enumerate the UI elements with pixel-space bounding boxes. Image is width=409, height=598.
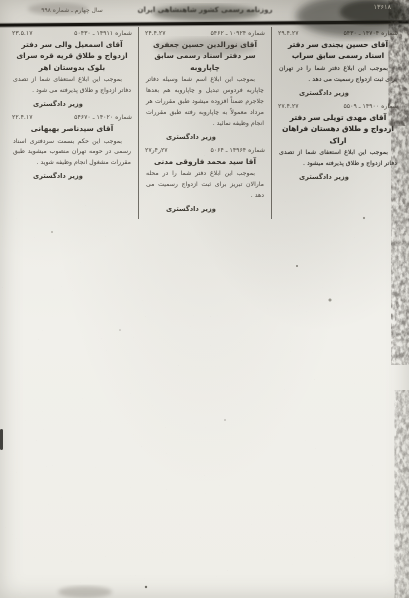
- gazette-scan-page: سال چهارم ـ شماره ۹۹۸ روزنامه رسمی کشور …: [0, 0, 409, 598]
- header-rule: [0, 20, 409, 26]
- speck: [224, 419, 226, 421]
- speck: [119, 329, 121, 331]
- right-edge-band-bottom: [397, 400, 409, 598]
- entry-signature: وزیر دادگستری: [277, 173, 399, 181]
- entry-date: ۲۲.۴.۱۷: [12, 114, 33, 121]
- entry-date: ۲۴.۴.۲۷: [145, 30, 166, 37]
- entry-title: آقای حسین بجندی سر دفتر اسناد رسمی سابق …: [280, 39, 396, 62]
- entry-meta: شماره ۱۴۹۱۱ ـ ۵۰۴۳۰ ۲۳.۵.۱۷: [12, 30, 132, 37]
- gazette-title: روزنامه رسمی کشور شاهنشاهی ایران: [132, 6, 278, 14]
- entry-number: شماره ۱۴۰۲۰ ـ ۵۴۶۷۰: [74, 114, 132, 121]
- entry-title: آقای نورالدین حسین جعفری سر دفتر اسناد ر…: [147, 39, 263, 73]
- entry-meta: شماره ۱۰۹۲۴ ـ ۵۴۶۲ ۲۴.۴.۲۷: [145, 30, 265, 37]
- notice-entry: شماره ۱۴۰۲۰ ـ ۵۴۶۷۰ ۲۲.۴.۱۷ آقای سیدناصر…: [11, 114, 133, 180]
- entry-meta: شماره ۱۴۹۰۰ ـ ۵۵۰۹ ۲۷.۴.۲۷: [278, 103, 398, 110]
- speck: [145, 586, 147, 588]
- entry-meta: شماره ۱۴۰۲۰ ـ ۵۴۶۷۰ ۲۲.۴.۱۷: [12, 114, 132, 121]
- entry-signature: وزیر دادگستری: [277, 89, 399, 97]
- notice-entry: شماره ۱۴۹۰۰ ـ ۵۵۰۹ ۲۷.۴.۲۷ آقای مهدی توی…: [277, 103, 399, 181]
- entry-title: آقای سیدناصر بهبهانی: [14, 123, 130, 134]
- column-middle: شماره ۱۰۹۲۴ ـ ۵۴۶۲ ۲۴.۴.۲۷ آقای نورالدین…: [138, 27, 271, 219]
- smudge-bottom-left: [58, 586, 112, 598]
- entry-number: شماره ۱۰۹۲۴ ـ ۵۴۶۲: [210, 30, 265, 37]
- speck: [329, 299, 332, 302]
- notice-columns: شماره ۱۴۷۰۴ ـ ۵۴۳۰ ۲۹.۴.۲۷ آقای حسین بجن…: [6, 27, 404, 219]
- entry-number: شماره ۱۴۹۰۰ ـ ۵۵۰۹: [343, 103, 398, 110]
- entry-date: ۲۹.۴.۲۷: [278, 30, 299, 37]
- column-left: شماره ۱۴۹۱۱ ـ ۵۰۴۳۰ ۲۳.۵.۱۷ آقای اسمعیل …: [6, 27, 138, 219]
- entry-meta: شماره ۱۴۷۰۴ ـ ۵۴۳۰ ۲۹.۴.۲۷: [278, 30, 398, 37]
- left-edge-mark: [0, 429, 3, 450]
- entry-number: شماره ۱۴۹۶۴ ـ ۵۰۶۴: [210, 147, 265, 154]
- entry-number: شماره ۱۴۷۰۴ ـ ۵۴۳۰: [343, 30, 398, 37]
- entry-signature: وزیر دادگستری: [11, 172, 133, 180]
- entry-date: ۲۷.۴.۲۷: [278, 103, 299, 110]
- notice-entry: شماره ۱۴۷۰۴ ـ ۵۴۳۰ ۲۹.۴.۲۷ آقای حسین بجن…: [277, 30, 399, 97]
- entry-date: ۲۳.۵.۱۷: [12, 30, 33, 37]
- notice-entry: شماره ۱۰۹۲۴ ـ ۵۴۶۲ ۲۴.۴.۲۷ آقای نورالدین…: [144, 30, 266, 141]
- page-number: ۱۳۶۱۸: [374, 3, 391, 11]
- entry-title: آقای مهدی تویلی سر دفتر ازدواج و طلاق ده…: [280, 112, 396, 146]
- entry-number: شماره ۱۴۹۱۱ ـ ۵۰۴۳۰: [74, 30, 132, 37]
- speck: [51, 231, 53, 233]
- entry-signature: وزیر دادگستری: [11, 100, 133, 108]
- column-right: شماره ۱۴۷۰۴ ـ ۵۴۳۰ ۲۹.۴.۲۷ آقای حسین بجن…: [271, 27, 404, 219]
- entry-body: بموجب این ابلاغ دفتر شما را در تهران برا…: [279, 64, 397, 86]
- entry-meta: شماره ۱۴۹۶۴ ـ ۵۰۶۴ ۲۷ر۴ر۲۷: [145, 147, 265, 154]
- entry-body: بموجب این ابلاغ اسم شما وسیله دفاتر چاپا…: [146, 75, 264, 129]
- speck: [296, 265, 298, 267]
- issue-info: سال چهارم ـ شماره ۹۹۸: [16, 7, 128, 14]
- entry-title: آقا سید محمد فاروقی مدنی: [147, 156, 263, 167]
- entry-body: بموجب این ابلاغ استعفای شما از تصدی دفات…: [279, 148, 397, 170]
- notice-entry: شماره ۱۴۹۶۴ ـ ۵۰۶۴ ۲۷ر۴ر۲۷ آقا سید محمد …: [144, 147, 266, 213]
- entry-body: بموجب این حکم بسمت سردفتری اسناد رسمی در…: [13, 137, 131, 170]
- entry-title: آقای اسمعیل والی سر دفتر ازدواج و طلاق ق…: [14, 39, 130, 73]
- entry-signature: وزیر دادگستری: [144, 133, 266, 141]
- entry-date: ۲۷ر۴ر۲۷: [145, 147, 168, 154]
- entry-signature: وزیر دادگستری: [144, 205, 266, 213]
- entry-body: بموجب این ابلاغ دفتر شما را در محله مارا…: [146, 169, 264, 202]
- entry-body: بموجب این ابلاغ استعفای شما از تصدی دفات…: [13, 75, 131, 97]
- notice-entry: شماره ۱۴۹۱۱ ـ ۵۰۴۳۰ ۲۳.۵.۱۷ آقای اسمعیل …: [11, 30, 133, 108]
